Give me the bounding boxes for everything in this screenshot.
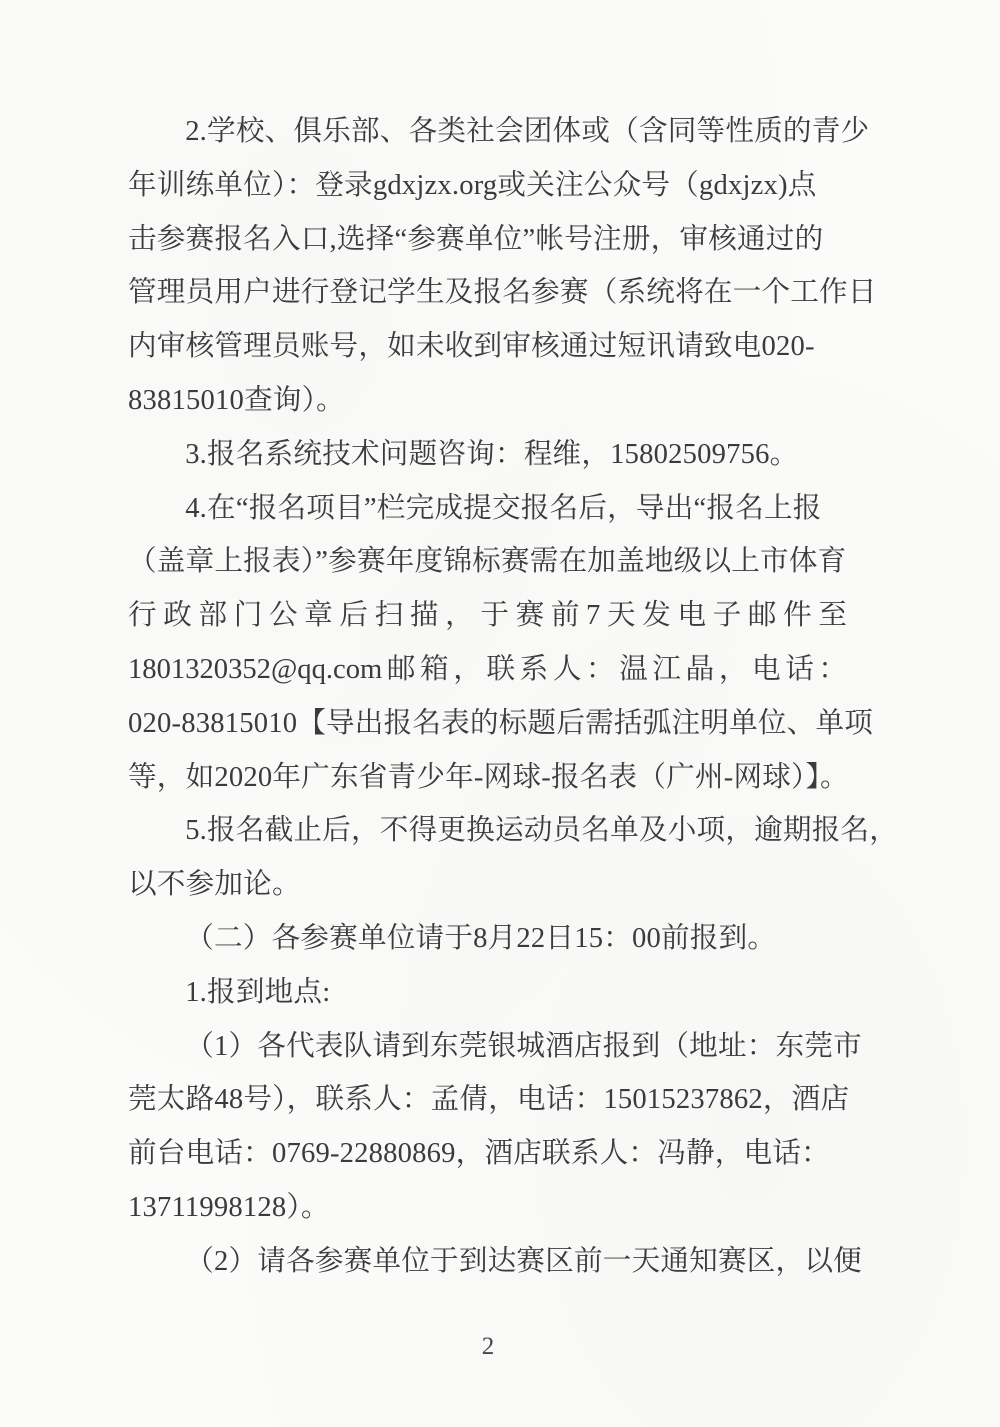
text-line: 4.在“报名项目”栏完成提交报名后，导出“报名上报 (128, 482, 847, 536)
text-line: 5.报名截止后，不得更换运动员名单及小项，逾期报名， (128, 804, 847, 858)
text-line: 莞太路48号），联系人：孟倩，电话：15015237862，酒店 (128, 1073, 847, 1127)
text-line: 以不参加论。 (128, 858, 847, 912)
text-line: 年训练单位）：登录gdxjzx.org或关注公众号（gdxjzx)点 (128, 159, 847, 213)
text-line: 内审核管理员账号，如未收到审核通过短讯请致电020- (128, 320, 847, 374)
text-line: 020-83815010【导出报名表的标题后需括弧注明单位、单项 (128, 697, 847, 751)
text-line: （二）各参赛单位请于8月22日15：00前报到。 (128, 912, 847, 966)
page-number: 2 (0, 1330, 976, 1364)
text-line: 83815010查询）。 (128, 374, 847, 428)
text-line: 前台电话：0769-22880869，酒店联系人：冯静，电话： (128, 1127, 847, 1181)
text-line: 13711998128）。 (128, 1181, 847, 1235)
text-line: 行政部门公章后扫描，于赛前7天发电子邮件至 (128, 589, 847, 643)
text-line: 1.报到地点: (128, 966, 847, 1020)
text-line: 1801320352@qq.com邮箱，联系人：温江晶，电话： (128, 643, 847, 697)
text-line: （1）各代表队请到东莞银城酒店报到（地址：东莞市 (128, 1020, 847, 1074)
text-line: 管理员用户进行登记学生及报名参赛（系统将在一个工作日 (128, 266, 847, 320)
text-line: 3.报名系统技术问题咨询：程维，15802509756。 (128, 428, 847, 482)
text-line: 2.学校、俱乐部、各类社会团体或（含同等性质的青少 (128, 105, 847, 159)
text-line: 等，如2020年广东省青少年-网球-报名表（广州-网球）】。 (128, 751, 847, 805)
document-text: 2.学校、俱乐部、各类社会团体或（含同等性质的青少 年训练单位）：登录gdxjz… (128, 105, 847, 1289)
text-line: （盖章上报表）”参赛年度锦标赛需在加盖地级以上市体育 (128, 535, 847, 589)
text-line: （2）请各参赛单位于到达赛区前一天通知赛区，以便 (128, 1235, 847, 1289)
text-line: 击参赛报名入口,选择“参赛单位”帐号注册，审核通过的 (128, 213, 847, 267)
scanned-document-page: 2.学校、俱乐部、各类社会团体或（含同等性质的青少 年训练单位）：登录gdxjz… (0, 0, 1000, 1427)
